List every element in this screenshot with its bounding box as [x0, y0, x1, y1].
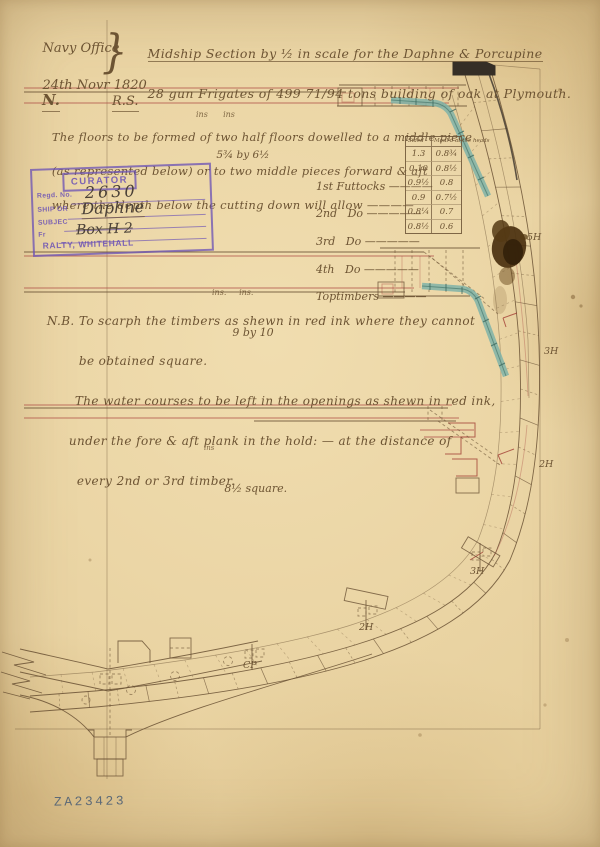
table-row: 0.10 0.8½ — [406, 162, 461, 177]
scantling-table: Sided Moul'd at the heads 1.3 0.8¾ 0.10 … — [405, 136, 462, 234]
cell-moulded: 0.8¾ — [431, 147, 461, 162]
cell-moulded: 0.8 — [431, 176, 461, 191]
nb-line1: N.B. To scarph the timbers as shewn in r… — [47, 314, 475, 328]
col-sided: Sided — [406, 137, 431, 147]
cell-sided: 1.3 — [406, 147, 431, 162]
frame-label-2h-lower: 2H — [359, 621, 373, 634]
cell-sided: 0.9 — [406, 191, 431, 206]
surveyor-initials-left: N. — [42, 90, 60, 112]
cell-sided: 0.8½ — [406, 220, 431, 234]
measurement-lower: ins 8½ square. — [204, 399, 287, 521]
table-row: 0.8½ 0.6 — [406, 220, 461, 234]
scantling-item-3rd: 3rd Do ————— — [316, 235, 420, 248]
cell-sided: 0.10 — [406, 162, 431, 177]
title-line1: Midship Section by ½ in scale for the Da… — [148, 46, 543, 62]
col-moulded: Moul'd at the heads — [431, 137, 461, 147]
keel-assembly — [1, 638, 372, 776]
stamp-ship-label: SHIP OR — [37, 206, 68, 214]
table-row: 1.3 0.8¾ — [406, 147, 461, 162]
cell-moulded: 0.6 — [431, 220, 461, 234]
scantling-table-header: Sided Moul'd at the heads — [406, 137, 461, 147]
cell-sided: 0.8¼ — [406, 205, 431, 220]
header-brace: } — [102, 20, 127, 84]
nb-line2: be obtained square. — [47, 354, 208, 368]
stamp-from-label: Fr — [38, 231, 46, 238]
curator-stamp: CURATOR Regd. No. 2630 SHIP OR Daphne SU… — [30, 163, 214, 257]
frame-label-3h-upper: 3H — [544, 345, 558, 358]
cell-moulded: 0.7 — [431, 205, 461, 220]
frame-label-3h-lower: 3H — [470, 565, 484, 578]
measurement-lower-units: ins — [204, 444, 287, 454]
table-row: 0.9½ 0.8 — [406, 176, 461, 191]
stamp-ship-value: Daphne — [81, 197, 144, 219]
stamp-footer: RALTY, WHITEHALL — [43, 237, 134, 250]
measurement-lower-value: 8½ square. — [224, 482, 287, 495]
cell-moulded: 0.7½ — [431, 191, 461, 206]
stamp-from-value: Box H 2 — [76, 220, 133, 238]
ship-plan-sheet: Navy Office 24th Novr 1820 } Midship Sec… — [0, 0, 600, 847]
frame-label-cp: CP — [243, 659, 257, 672]
table-row: 0.8¼ 0.7 — [406, 205, 461, 220]
frame-label-5h: 5H — [527, 231, 541, 244]
table-row: 0.9 0.7½ — [406, 191, 461, 206]
band-chocks — [245, 537, 500, 670]
frame-label-2h-upper: 2H — [539, 458, 553, 471]
stamp-subject-label: SUBJEC — [38, 219, 68, 227]
catalog-number: ZA23423 — [54, 792, 126, 811]
stamp-regd-label: Regd. No. — [37, 192, 73, 200]
cell-moulded: 0.8½ — [431, 162, 461, 177]
scantling-item-4th: 4th Do ————— — [316, 263, 419, 276]
cell-sided: 0.9½ — [406, 176, 431, 191]
surveyor-initials-right: R.S. — [112, 93, 139, 112]
